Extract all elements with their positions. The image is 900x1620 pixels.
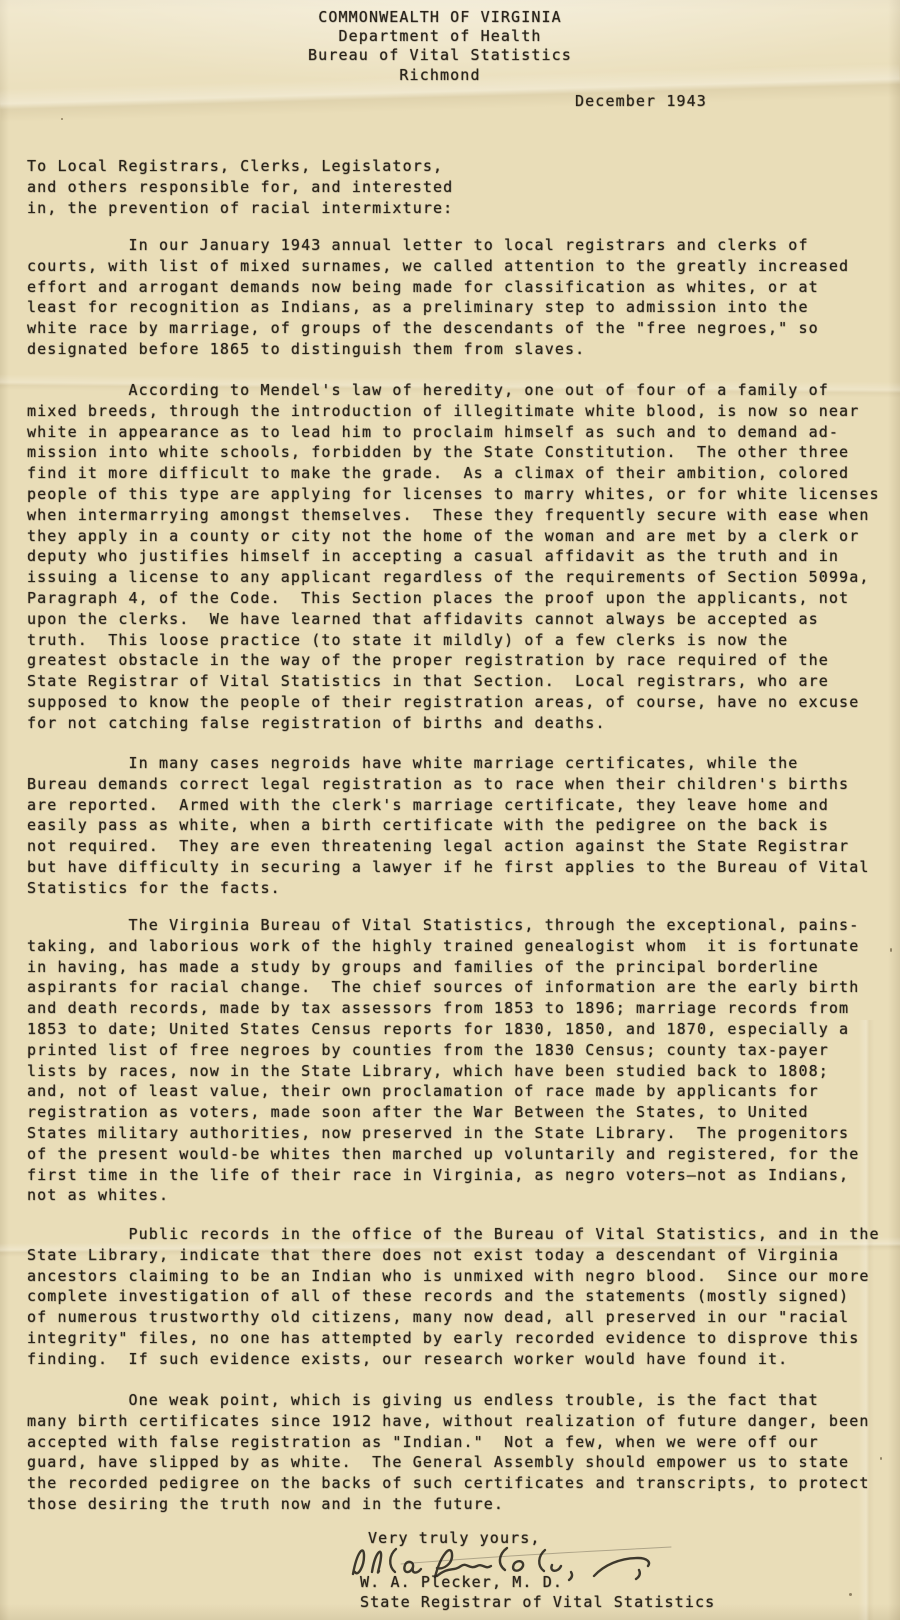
paper-speck (61, 118, 63, 120)
paper-speck (849, 1593, 852, 1596)
scanned-letter-page: COMMONWEALTH OF VIRGINIA Department of H… (0, 0, 900, 1620)
date-line: December 1943 (575, 91, 707, 112)
paper-speck (880, 1457, 882, 1460)
signer-name: W. A. Plecker, M. D. (360, 1572, 563, 1593)
paragraph-5: Public records in the office of the Bure… (27, 1224, 880, 1370)
paragraph-6: One weak point, which is giving us endle… (27, 1390, 870, 1515)
salutation: To Local Registrars, Clerks, Legislators… (27, 156, 453, 218)
paragraph-3: In many cases negroids have white marria… (27, 753, 870, 899)
paragraph-4: The Virginia Bureau of Vital Statistics,… (27, 915, 859, 1206)
letterhead: COMMONWEALTH OF VIRGINIA Department of H… (160, 8, 720, 85)
paragraph-2: According to Mendel's law of heredity, o… (27, 380, 880, 734)
paragraph-1: In our January 1943 annual letter to loc… (27, 235, 849, 360)
paper-speck (890, 948, 892, 952)
signer-title: State Registrar of Vital Statistics (360, 1592, 715, 1613)
